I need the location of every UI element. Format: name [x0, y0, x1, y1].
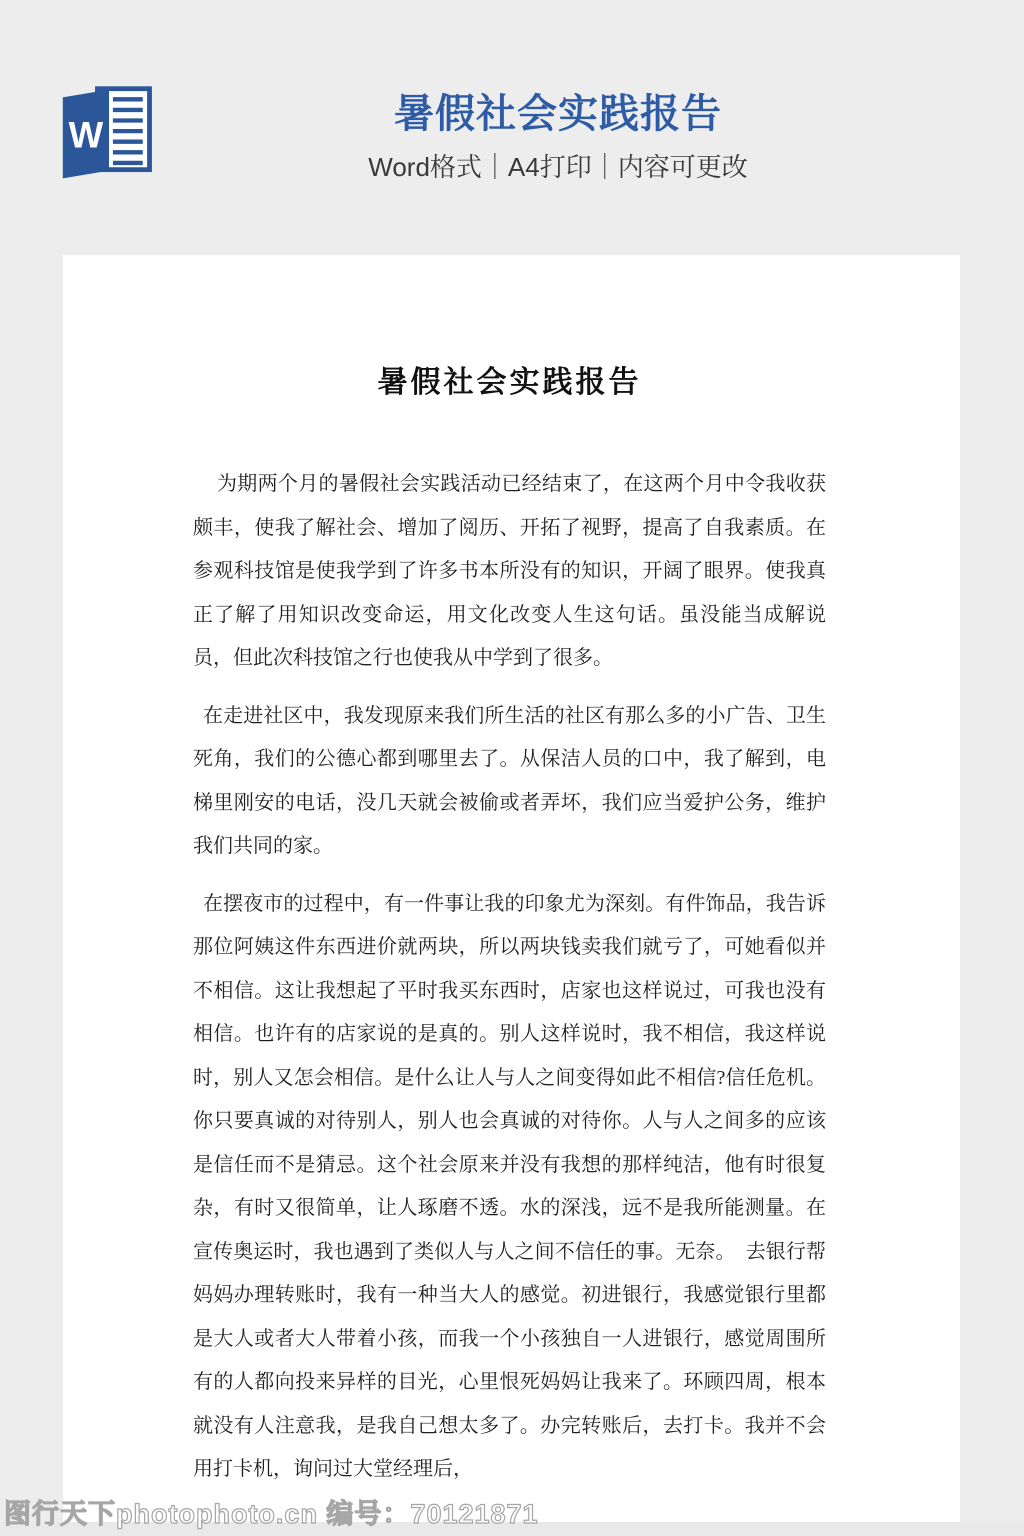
document-paragraph: 在走进社区中，我发现原来我们所生活的社区有那么多的小广告、卫生死角，我们的公德心…	[193, 695, 826, 869]
template-title: 暑假社会实践报告	[92, 88, 1024, 140]
watermark: 图行天下photophoto.cn 编号：70121871	[4, 1492, 539, 1531]
template-subtitle: Word格式｜A4打印｜内容可更改	[92, 152, 1024, 182]
document-paragraph: 在摆夜市的过程中，有一件事让我的印象尤为深刻。有件饰品，我告诉那位阿姨这件东西进…	[193, 883, 826, 1492]
document-page: 暑假社会实践报告 为期两个月的暑假社会实践活动已经结束了，在这两个月中令我收获颇…	[63, 255, 960, 1522]
document-body: 为期两个月的暑假社会实践活动已经结束了，在这两个月中令我收获颇丰，使我了解社会、…	[193, 463, 826, 1492]
document-paragraph: 为期两个月的暑假社会实践活动已经结束了，在这两个月中令我收获颇丰，使我了解社会、…	[193, 463, 826, 681]
header-text-block: 暑假社会实践报告 Word格式｜A4打印｜内容可更改	[92, 88, 1024, 182]
template-header: W 暑假社会实践报告 Word格式｜A4打印｜内容可更改	[0, 0, 1024, 255]
document-title: 暑假社会实践报告	[193, 367, 826, 399]
